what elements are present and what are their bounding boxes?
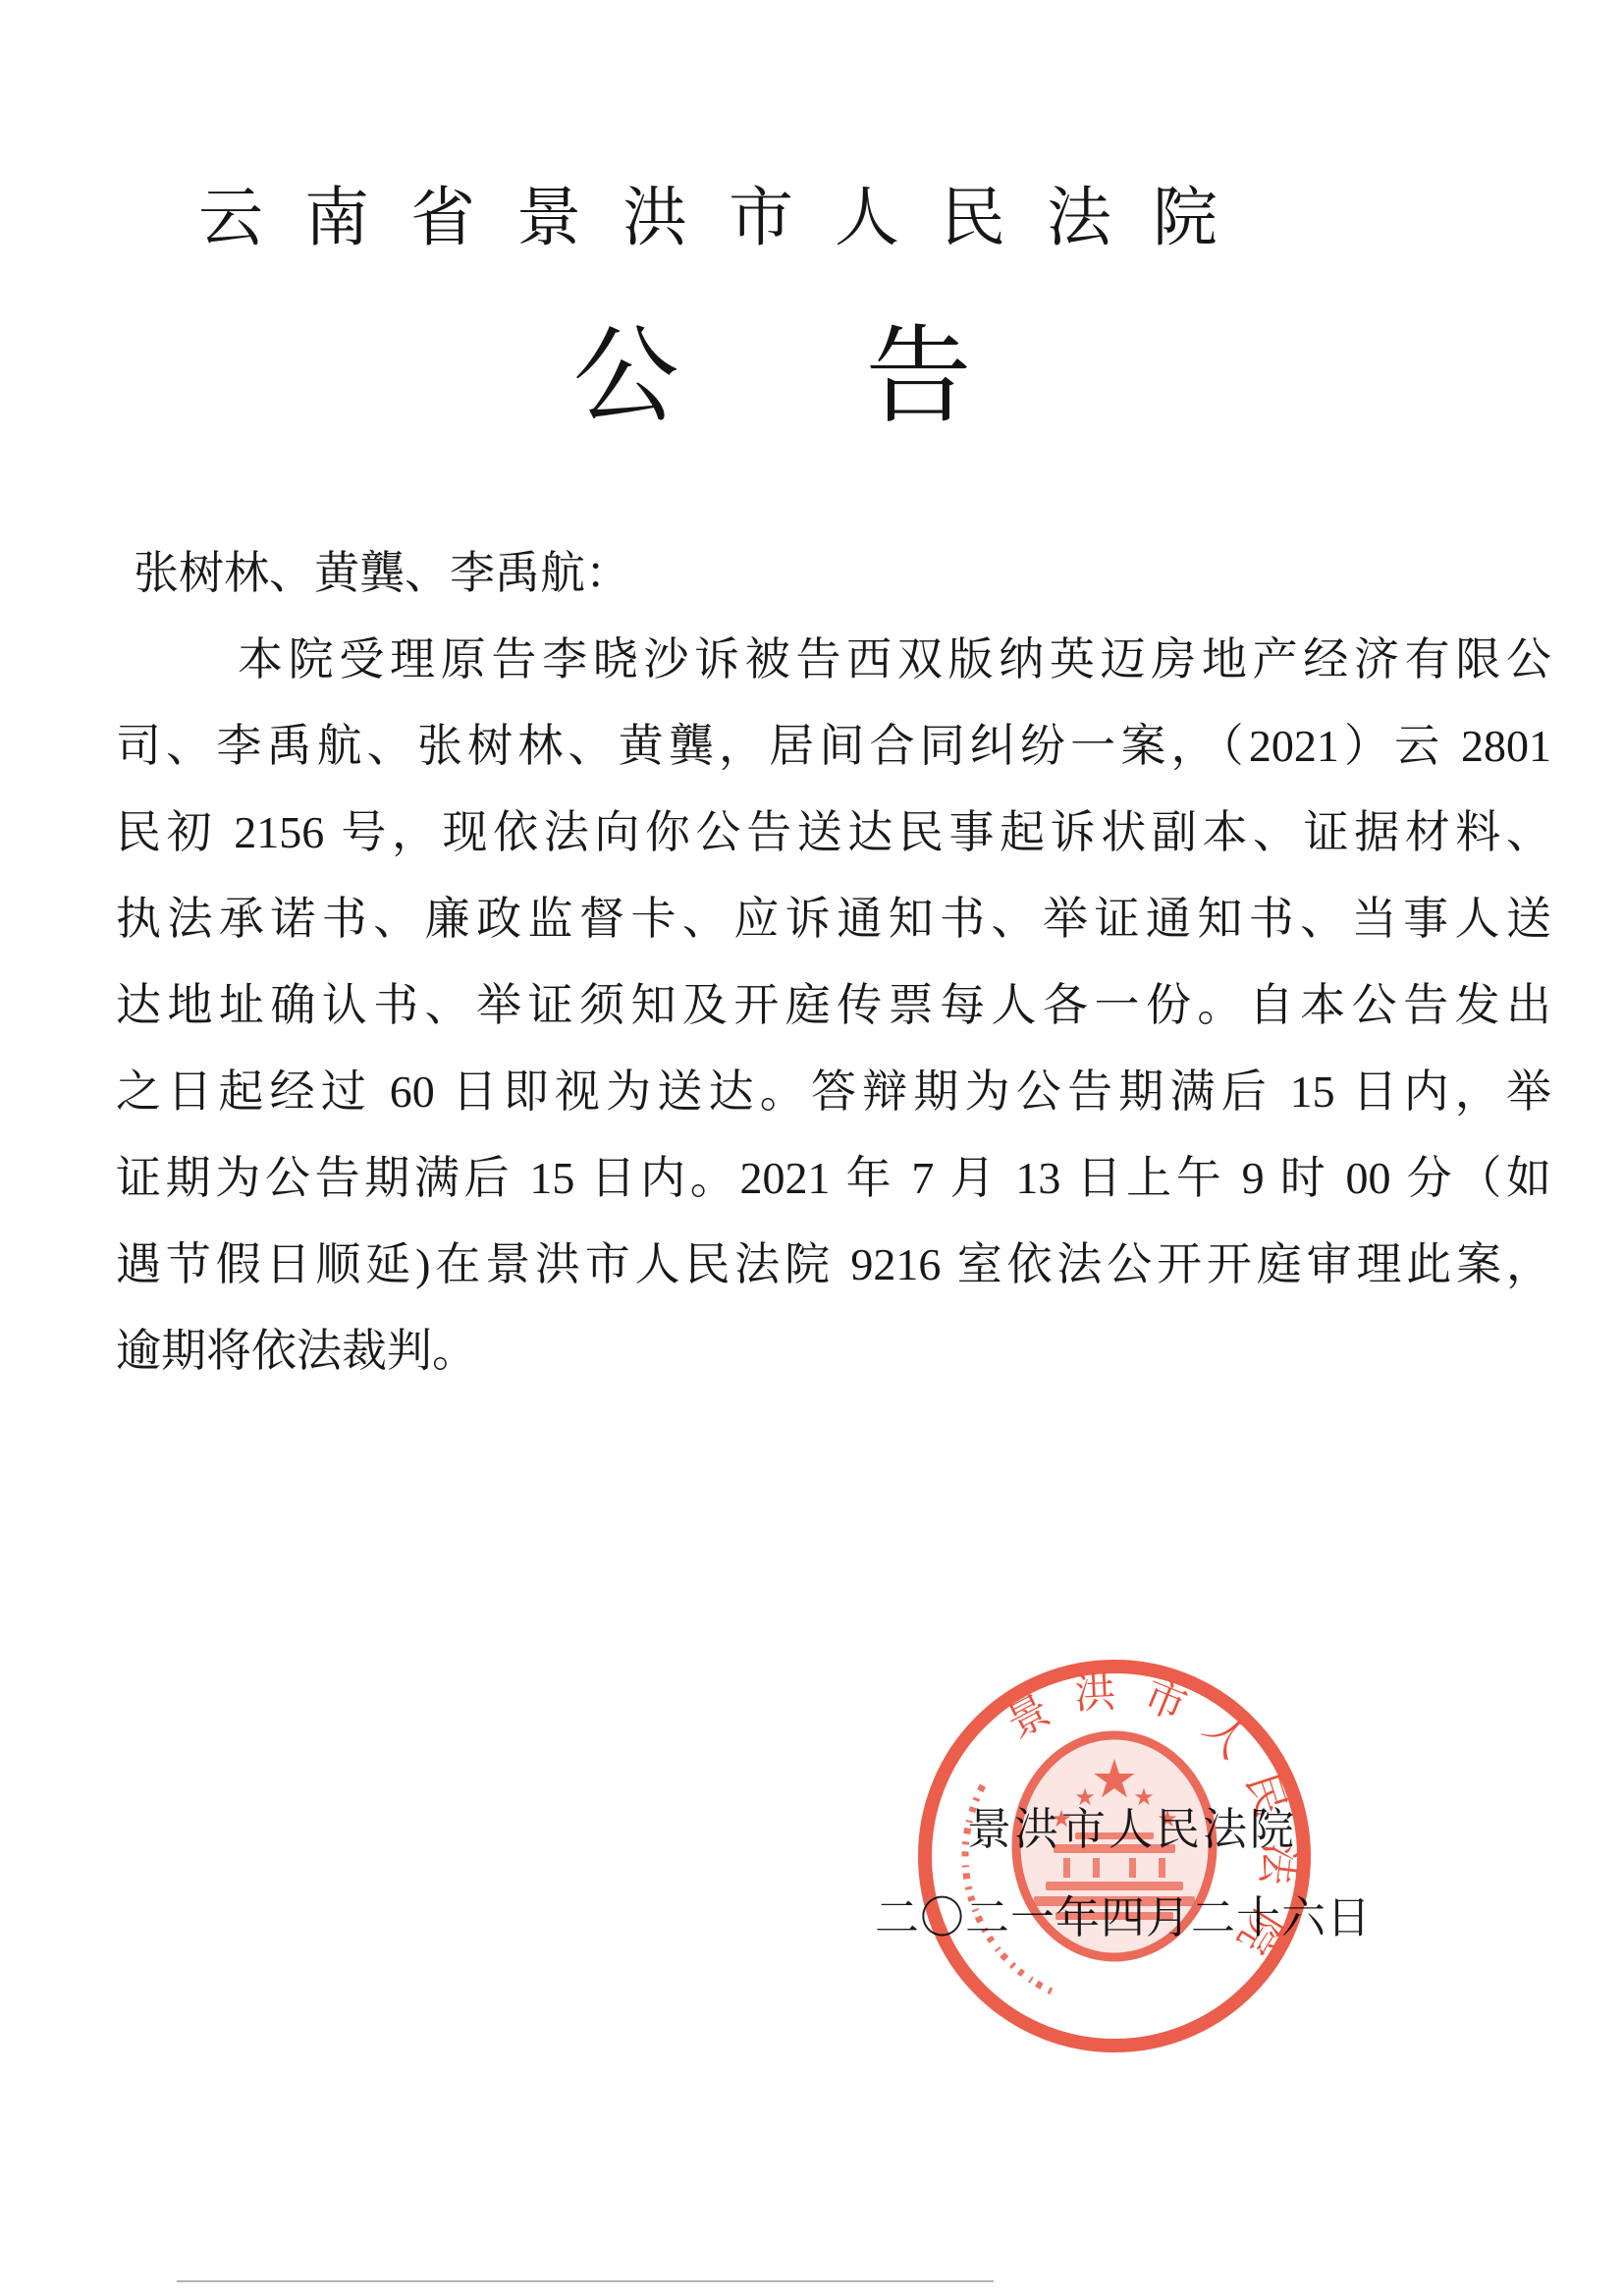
salutation-line: 张树林、黄龔、李禹航： — [116, 530, 1551, 617]
body-line-3: 民初 2156 号，现依法向你公告送达民事起诉状副本、证据材料、 — [116, 790, 1551, 876]
national-emblem: ★ ★ ★ ★ ★ — [1016, 1735, 1213, 1957]
scan-artifact-line — [177, 2280, 994, 2282]
emblem-small-star-icon: ★ — [1157, 1807, 1178, 1832]
document-title-row: 公告 — [0, 291, 1584, 443]
announcement-body: 张树林、黄龔、李禹航： 本院受理原告李晓沙诉被告西双版纳英迈房地产经济有限公 司… — [116, 530, 1551, 1394]
body-line-9: 逾期将依法裁判。 — [116, 1308, 1551, 1394]
emblem-small-star-icon: ★ — [1051, 1807, 1072, 1832]
body-line-2: 司、李禹航、张树林、黄龔，居间合同纠纷一案，（2021）云 2801 — [116, 703, 1551, 790]
body-line-6: 之日起经过 60 日即视为送达。答辩期为公告期满后 15 日内，举 — [116, 1049, 1551, 1135]
document-title: 公告 — [572, 291, 1158, 443]
body-line-8: 遇节假日顺延)在景洪市人民法院 9216 室依法公开开庭审理此案， — [116, 1222, 1551, 1308]
emblem-small-star-icon: ★ — [1133, 1785, 1155, 1811]
body-line-1: 本院受理原告李晓沙诉被告西双版纳英迈房地产经济有限公 — [116, 617, 1551, 703]
emblem-small-star-icon: ★ — [1074, 1785, 1096, 1811]
court-name-heading: 云南省景洪市人民法院 — [0, 165, 1259, 258]
emblem-big-star-icon: ★ — [1091, 1750, 1138, 1809]
body-line-5: 达地址确认书、举证须知及开庭传票每人各一份。自本公告发出 — [116, 962, 1551, 1049]
document-page: 云南省景洪市人民法院 公告 张树林、黄龔、李禹航： 本院受理原告李晓沙诉被告西双… — [0, 0, 1623, 2296]
official-seal-stamp: ★ ★ ★ ★ ★ 景洪市人民法院 — [908, 1650, 1321, 2062]
body-line-7: 证期为公告期满后 15 日内。2021 年 7 月 13 日上午 9 时 00 … — [116, 1135, 1551, 1222]
body-line-4: 执法承诺书、廉政监督卡、应诉通知书、举证通知书、当事人送 — [116, 876, 1551, 962]
